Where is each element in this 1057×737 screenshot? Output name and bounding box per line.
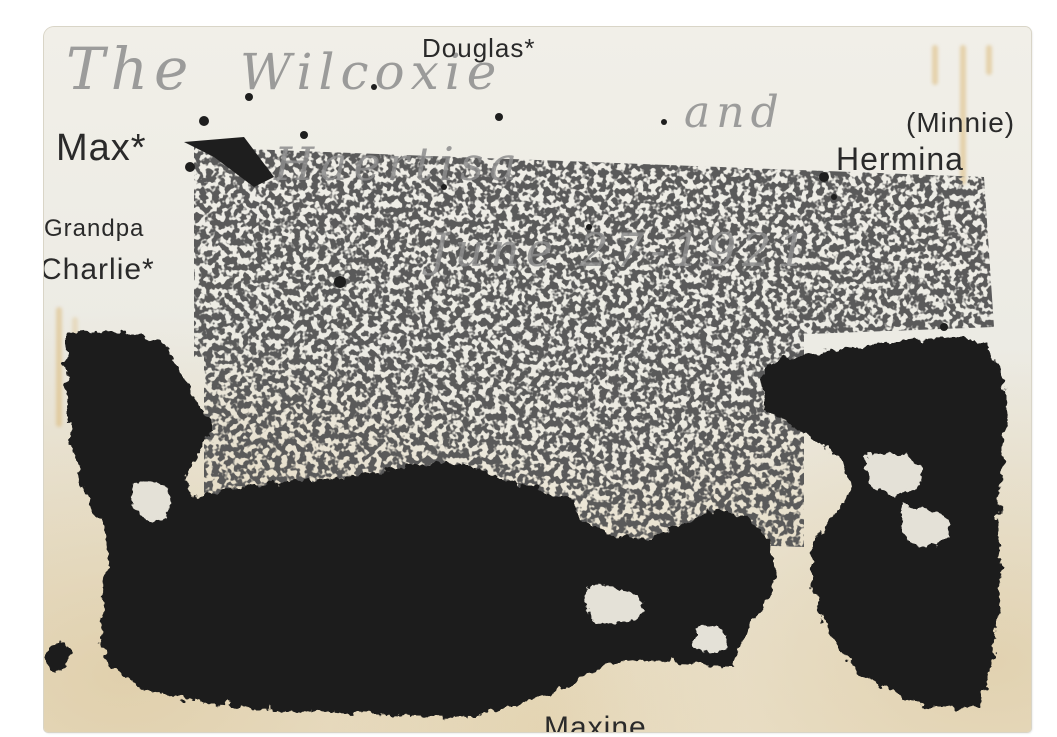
label-grandpa: Grandpa — [44, 215, 144, 243]
label-douglas: Douglas* — [422, 33, 536, 64]
label-hermina: Hermina — [836, 141, 964, 178]
label-maxine: Maxine — [544, 711, 647, 732]
black-adhesive-residue — [44, 27, 1031, 732]
pencil-word-the: The — [66, 35, 194, 103]
label-max: Max* — [56, 127, 147, 170]
label-charlie: Charlie* — [44, 253, 155, 287]
pencil-date: June 27-1921 — [430, 223, 813, 277]
photo-card: The Wilcoxie and Haertisa June 27-1921 D… — [44, 27, 1031, 732]
scanned-photo-back: The Wilcoxie and Haertisa June 27-1921 D… — [0, 0, 1057, 737]
pencil-word-and: and — [684, 87, 785, 138]
label-minnie: (Minnie) — [906, 107, 1015, 139]
residue-shape-icon — [44, 27, 1031, 732]
pencil-line-2: Haertisa — [274, 137, 523, 191]
